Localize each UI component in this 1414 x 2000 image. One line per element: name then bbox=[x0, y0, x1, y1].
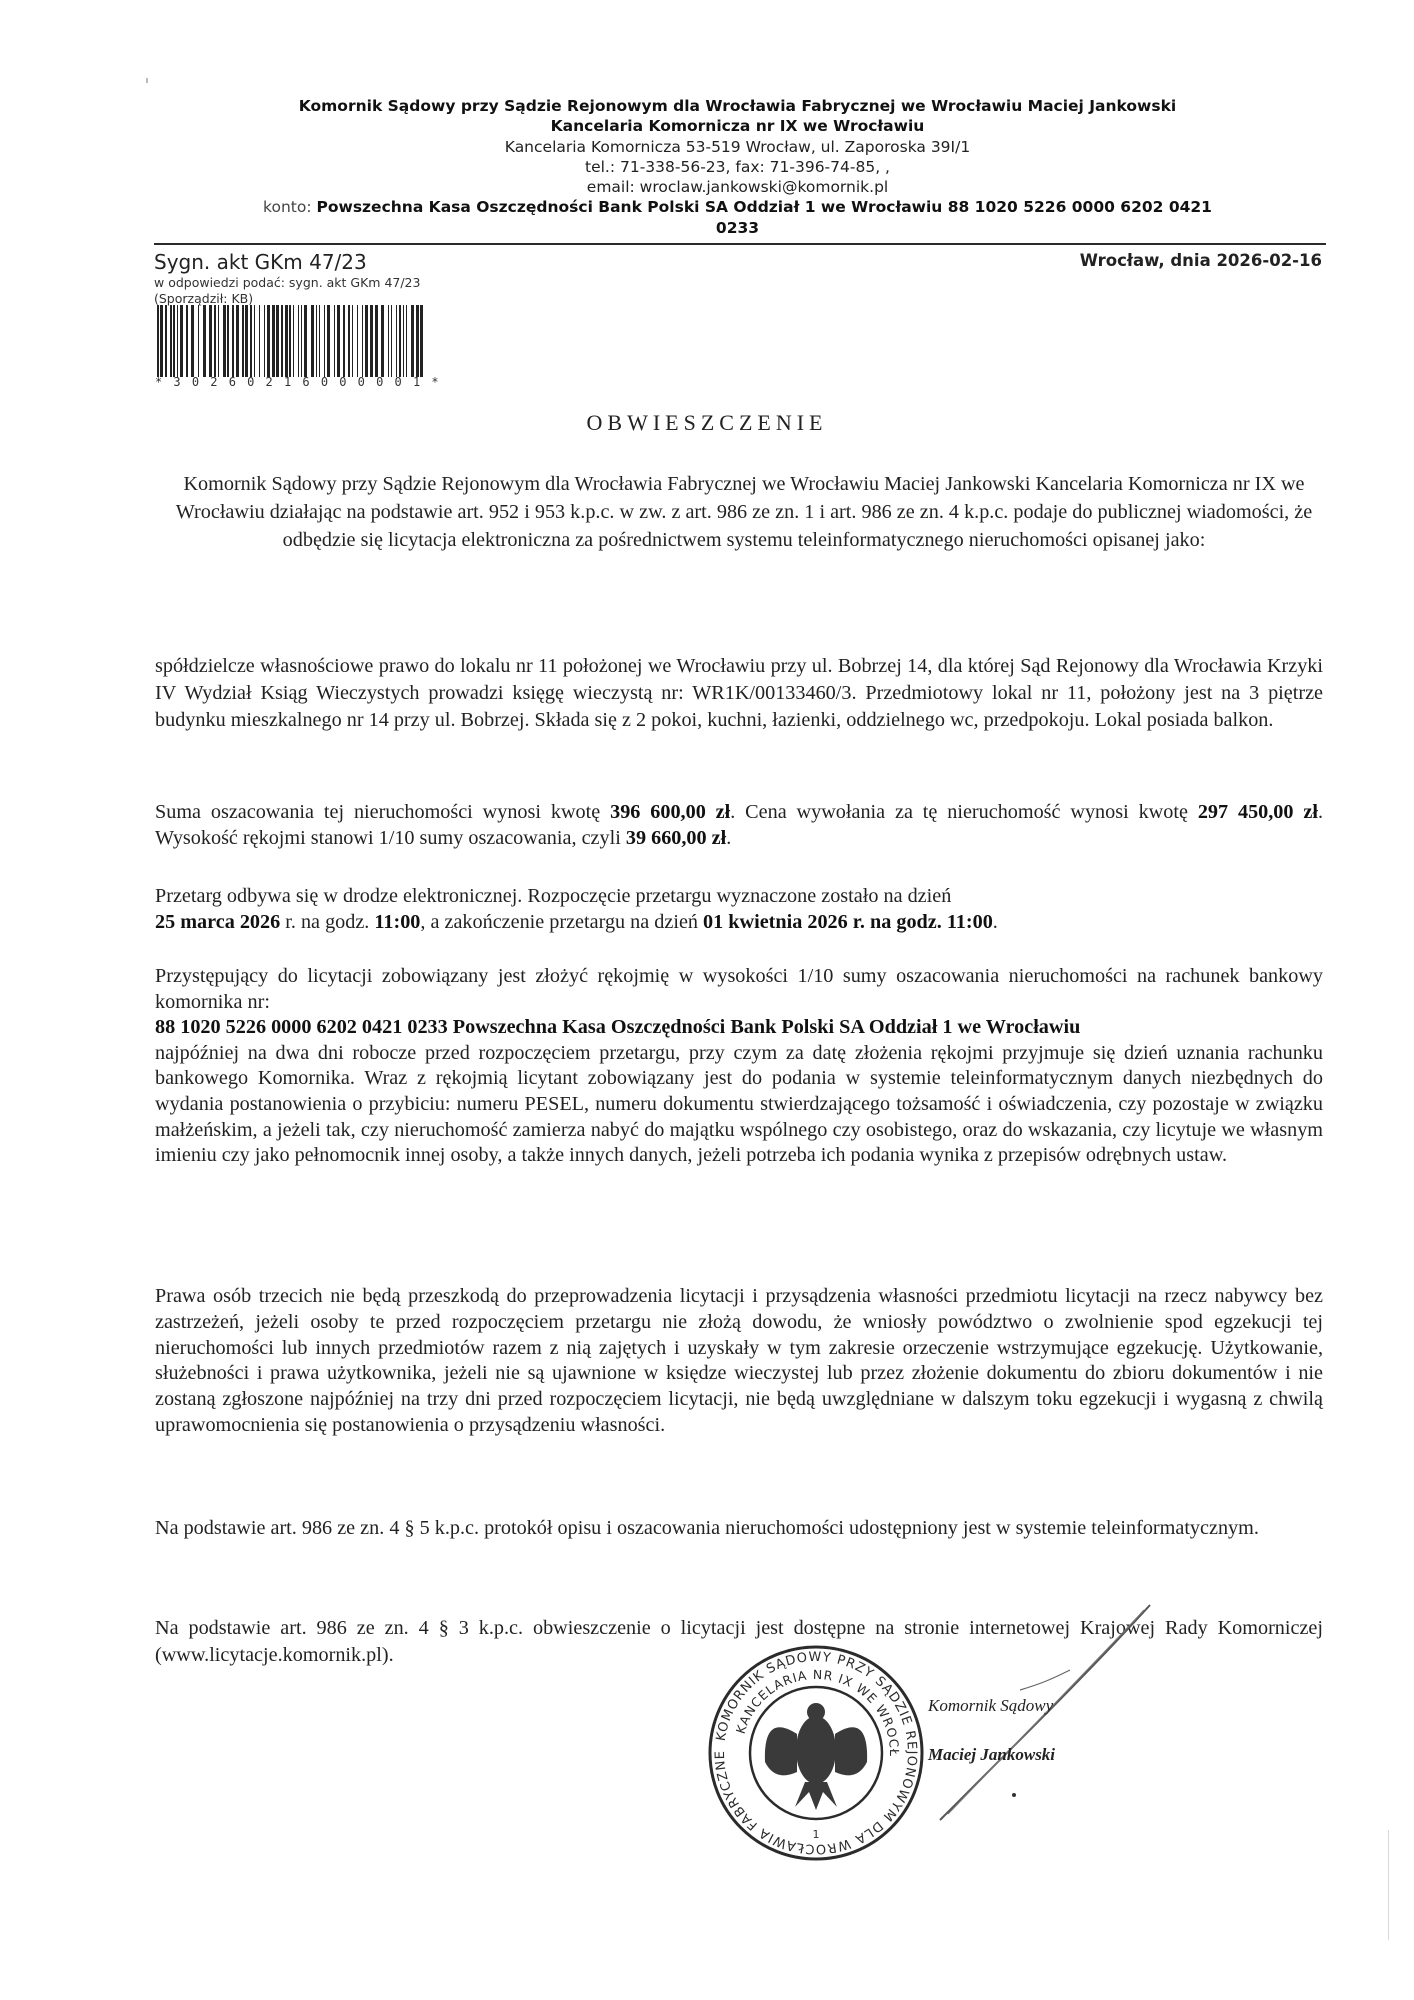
office-phones: tel.: 71-338-56-23, fax: 71-396-74-85, , bbox=[150, 157, 1325, 177]
barcode-text: *30260216000001* bbox=[155, 375, 450, 389]
barcode-bar bbox=[245, 305, 248, 377]
barcode-bar bbox=[381, 305, 384, 377]
barcode-bar bbox=[311, 305, 314, 377]
signatory-title: Komornik Sądowy bbox=[928, 1696, 1053, 1716]
text: Suma oszacowania tej nieruchomości wynos… bbox=[155, 801, 610, 823]
barcode-bar bbox=[319, 305, 321, 377]
text: , a zakończenie przetargu na dzień bbox=[420, 911, 703, 933]
header-divider bbox=[154, 243, 1326, 245]
barcode-bar bbox=[357, 305, 359, 377]
text: r. na godz. bbox=[280, 911, 374, 933]
official-stamp-icon: KOMORNIK SĄDOWY PRZY SĄDZIE REJONOWYM DL… bbox=[705, 1642, 927, 1864]
barcode-bar bbox=[406, 305, 408, 377]
barcode-bar bbox=[348, 305, 350, 377]
barcode-bar bbox=[276, 305, 279, 377]
letterhead: Komornik Sądowy przy Sądzie Rejonowym dl… bbox=[150, 96, 1325, 238]
starting-price: 297 450,00 zł bbox=[1198, 801, 1318, 823]
barcode-bar bbox=[173, 305, 175, 377]
barcode-bar bbox=[289, 305, 291, 377]
barcode-bar bbox=[334, 305, 336, 377]
account-value-cont: 0233 bbox=[150, 218, 1325, 238]
auction-dates-paragraph: Przetarg odbywa się w drodze elektronicz… bbox=[155, 884, 1323, 935]
barcode-bar bbox=[157, 305, 159, 377]
account-value: Powszechna Kasa Oszczędności Bank Polski… bbox=[316, 198, 1211, 216]
office-address: Kancelaria Komornicza 53-519 Wrocław, ul… bbox=[150, 137, 1325, 157]
office-account: konto: Powszechna Kasa Oszczędności Bank… bbox=[150, 197, 1325, 217]
case-number: Sygn. akt GKm 47/23 bbox=[154, 250, 367, 274]
notice-title: OBWIESZCZENIE bbox=[0, 410, 1414, 436]
barcode-bar bbox=[293, 305, 295, 377]
signatory-name: Maciej Jankowski bbox=[928, 1745, 1055, 1765]
barcode-bar bbox=[316, 305, 318, 377]
barcode-bar bbox=[420, 305, 423, 377]
barcode-bar bbox=[218, 305, 220, 377]
text: Przetarg odbywa się w drodze elektronicz… bbox=[155, 885, 951, 907]
barcode-bar bbox=[267, 305, 270, 377]
barcode-bar bbox=[186, 305, 188, 377]
barcode-bar bbox=[191, 305, 194, 377]
barcode-bar bbox=[250, 305, 252, 377]
barcode-bar bbox=[214, 305, 216, 377]
barcode-bar bbox=[391, 305, 393, 377]
barcode-bar bbox=[362, 305, 364, 377]
auction-end: 01 kwietnia 2026 r. na godz. 11:00 bbox=[703, 911, 993, 933]
barcode-bar bbox=[203, 305, 206, 377]
barcode-bar bbox=[416, 305, 419, 377]
barcode-bar bbox=[242, 305, 244, 377]
svg-text:1: 1 bbox=[813, 1828, 820, 1841]
barcode-bar bbox=[272, 305, 275, 377]
account-label: konto: bbox=[263, 198, 312, 216]
protocol-note: Na podstawie art. 986 ze zn. 4 § 5 k.p.c… bbox=[155, 1514, 1323, 1542]
barcode-bar bbox=[375, 305, 378, 377]
barcode-bar bbox=[165, 305, 167, 377]
barcode-bar bbox=[281, 305, 283, 377]
barcode-bar bbox=[285, 305, 288, 377]
reply-note: w odpowiedzi podać: sygn. akt GKm 47/23 bbox=[154, 275, 420, 290]
barcode-bar bbox=[259, 305, 261, 377]
barcode-bar bbox=[227, 305, 229, 377]
auction-start-time: 11:00 bbox=[374, 911, 420, 933]
barcode-bar bbox=[324, 305, 326, 377]
valuation-paragraph: Suma oszacowania tej nieruchomości wynos… bbox=[155, 800, 1323, 851]
barcode-bar bbox=[327, 305, 330, 377]
barcode-bar bbox=[337, 305, 340, 377]
office-name: Komornik Sądowy przy Sądzie Rejonowym dl… bbox=[150, 96, 1325, 116]
barcode-bar bbox=[411, 305, 414, 377]
deposit-amount: 39 660,00 zł bbox=[626, 827, 726, 849]
barcode-bar bbox=[304, 305, 307, 377]
barcode-bar bbox=[232, 305, 234, 377]
barcode-bar bbox=[177, 305, 179, 377]
scan-speck bbox=[146, 78, 148, 83]
barcode-bar bbox=[209, 305, 212, 377]
office-chancery: Kancelaria Komornicza nr IX we Wrocławiu bbox=[150, 116, 1325, 136]
text: najpóźniej na dwa dni robocze przed rozp… bbox=[155, 1042, 1323, 1166]
text: . bbox=[993, 911, 998, 933]
barcode-bar bbox=[301, 305, 303, 377]
auction-start-date: 25 marca 2026 bbox=[155, 911, 280, 933]
place-date: Wrocław, dnia 2026-02-16 bbox=[1080, 251, 1322, 270]
barcode bbox=[157, 305, 427, 377]
barcode-bar bbox=[254, 305, 256, 377]
barcode-bar bbox=[198, 305, 200, 377]
barcode-bar bbox=[403, 305, 405, 377]
prepared-by: (Sporządził: KB) bbox=[154, 291, 253, 306]
office-email: email: wroclaw.jankowski@komornik.pl bbox=[150, 177, 1325, 197]
ink-dot bbox=[1012, 1793, 1016, 1797]
intro-paragraph: Komornik Sądowy przy Sądzie Rejonowym dl… bbox=[160, 470, 1328, 554]
barcode-bar bbox=[298, 305, 300, 377]
barcode-bar bbox=[388, 305, 390, 377]
barcode-bar bbox=[343, 305, 345, 377]
bank-account: 88 1020 5226 0000 6202 0421 0233 Powszec… bbox=[155, 1016, 1080, 1038]
eagle-emblem-icon bbox=[765, 1703, 867, 1810]
barcode-bar bbox=[264, 305, 266, 377]
barcode-bar bbox=[352, 305, 354, 377]
barcode-bar bbox=[170, 305, 172, 377]
barcode-bar bbox=[180, 305, 183, 377]
deposit-terms-paragraph: Przystępujący do licytacji zobowiązany j… bbox=[155, 964, 1323, 1169]
barcode-bar bbox=[236, 305, 239, 377]
text: Przystępujący do licytacji zobowiązany j… bbox=[155, 965, 1323, 1013]
barcode-bar bbox=[370, 305, 373, 377]
scan-edge bbox=[1388, 1830, 1389, 1940]
text: . bbox=[726, 827, 731, 849]
barcode-bar bbox=[223, 305, 226, 377]
barcode-bar bbox=[396, 305, 398, 377]
text: . Cena wywołania za tę nieruchomość wyno… bbox=[730, 801, 1198, 823]
barcode-bar bbox=[399, 305, 401, 377]
estimate-value: 396 600,00 zł bbox=[610, 801, 730, 823]
property-description: spółdzielcze własnościowe prawo do lokal… bbox=[155, 653, 1323, 734]
barcode-bar bbox=[160, 305, 163, 377]
barcode-bar bbox=[365, 305, 368, 377]
third-party-rights-paragraph: Prawa osób trzecich nie będą przeszkodą … bbox=[155, 1284, 1323, 1439]
